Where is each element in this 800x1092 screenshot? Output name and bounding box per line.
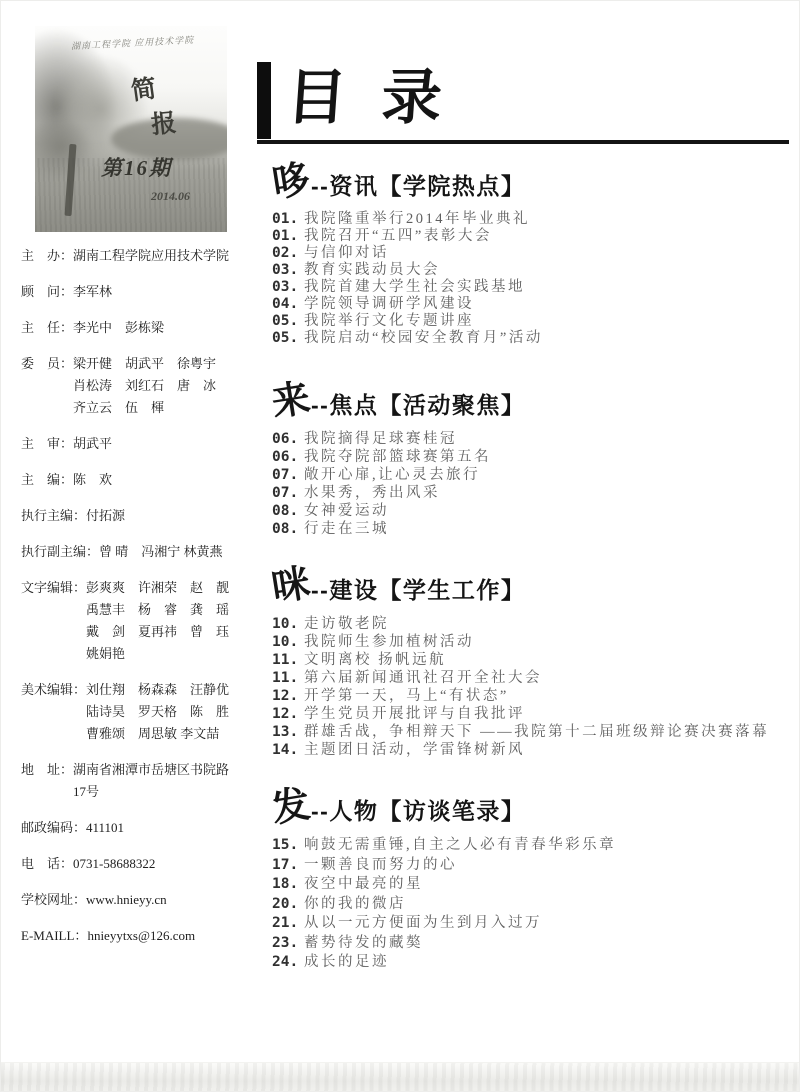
entry-page-number: 04. (272, 296, 304, 313)
page-title: 目 录 (284, 50, 455, 136)
toc-entry: 12.学生党员开展批评与自我批评 (272, 705, 789, 723)
toc-entry: 24.成长的足迹 (272, 953, 789, 973)
entry-title: 行走在三城 (304, 520, 789, 538)
entry-page-number: 03. (272, 279, 304, 296)
masthead-value: 梁开健 胡武平 徐粤宇 (73, 353, 259, 375)
masthead-entry-art-editors: 美术编辑： 刘仕翔 杨森森 汪静优 陆诗昊 罗天格 陈 胜 曹雅颂 周思敏 李文… (21, 679, 259, 745)
bulletin-toc-page: 湖南工程学院 应用技术学院 简 报 第16期 2014.06 主 办： 湖南工程… (0, 0, 800, 1092)
masthead-value: 肖松涛 刘红石 唐 冰 (73, 375, 259, 397)
entry-page-number: 05. (272, 330, 304, 347)
entry-page-number: 01. (272, 211, 304, 228)
masthead-label: 委 员： (21, 353, 73, 419)
section-note-char: 咪 (269, 565, 312, 607)
entry-title: 主题团日活动，学雷锋树新风 (304, 741, 789, 759)
toc-entry: 03.教育实践动员大会 (272, 262, 789, 279)
entry-title: 敞开心扉,让心灵去旅行 (304, 466, 789, 484)
toc-entry: 12.开学第一天，马上“有状态” (272, 687, 789, 705)
entry-title: 群雄舌战，争相辩天下 ——我院第十二届班级辩论赛决赛落幕 (304, 723, 789, 741)
entry-page-number: 12. (272, 705, 304, 723)
section-heading: --人物【访谈笔录】 (311, 799, 525, 825)
entry-title: 学生党员开展批评与自我批评 (304, 705, 789, 723)
masthead-entry-email: E-MAILL： hnieyytxs@126.com (21, 925, 259, 947)
masthead-value: 刘仕翔 杨森森 汪静优 (86, 679, 259, 701)
section-note-char: 发 (269, 787, 312, 829)
title-rule (257, 140, 789, 144)
entry-page-number: 15. (272, 836, 304, 856)
masthead-entry-director: 主 任： 李光中 彭栋梁 (21, 317, 259, 339)
toc-column: 目 录 哆 --资讯【学院热点】 01.我院隆重举行2014年毕业典礼 01.我… (257, 56, 789, 973)
entry-title: 走访敬老院 (304, 615, 789, 633)
section-header: 来 --焦点【活动聚焦】 (272, 383, 789, 419)
entry-page-number: 23. (272, 934, 304, 954)
toc-entry: 17.一颗善良而努力的心 (272, 856, 789, 876)
toc-entry: 07.水果秀，秀出风采 (272, 484, 789, 502)
toc-entry: 21.从以一元方便面为生到月入过万 (272, 914, 789, 934)
masthead-entry-text-editors: 文字编辑： 彭爽爽 许湘荣 赵 靓 禹慧丰 杨 睿 龚 瑶 戴 剑 夏再祎 曾 … (21, 577, 259, 665)
entry-title: 学院领导调研学风建设 (304, 296, 789, 313)
masthead-value: 0731-58688322 (73, 853, 259, 875)
entry-title: 与信仰对话 (304, 245, 789, 262)
masthead-value: 陆诗昊 罗天格 陈 胜 (86, 701, 259, 723)
masthead-value: 李军林 (73, 281, 259, 303)
masthead-value: 李光中 彭栋梁 (73, 317, 259, 339)
section-header: 哆 --资讯【学院热点】 (272, 164, 789, 200)
section-header: 咪 --建设【学生工作】 (272, 568, 789, 604)
left-column: 湖南工程学院 应用技术学院 简 报 第16期 2014.06 主 办： 湖南工程… (21, 1, 259, 961)
masthead-entry-phone: 电 话： 0731-58688322 (21, 853, 259, 875)
entry-title: 成长的足迹 (304, 953, 789, 973)
masthead-value: 411101 (86, 817, 259, 839)
toc-entry: 01.我院召开“五四”表彰大会 (272, 228, 789, 245)
entry-page-number: 14. (272, 741, 304, 759)
masthead-label: 主 办： (21, 245, 73, 267)
entry-title: 响鼓无需重锤,自主之人必有青春华彩乐章 (304, 836, 789, 856)
masthead-label: 邮政编码： (21, 817, 86, 839)
entry-page-number: 17. (272, 856, 304, 876)
masthead-label: E-MAILL： (21, 925, 87, 947)
entry-page-number: 06. (272, 448, 304, 466)
entry-title: 我院启动“校园安全教育月”活动 (304, 330, 789, 347)
toc-entry: 11.文明离校 扬帆远航 (272, 651, 789, 669)
masthead-value: 胡武平 (73, 433, 259, 455)
masthead-label: 执行主编： (21, 505, 86, 527)
section-header: 发 --人物【访谈笔录】 (272, 789, 789, 825)
masthead-entry-executive-editor: 执行主编： 付拓源 (21, 505, 259, 527)
toc-entry: 15.响鼓无需重锤,自主之人必有青春华彩乐章 (272, 836, 789, 856)
masthead-label: 主 任： (21, 317, 73, 339)
toc-entry: 04.学院领导调研学风建设 (272, 296, 789, 313)
entry-page-number: 08. (272, 502, 304, 520)
toc-entry: 03.我院首建大学生社会实践基地 (272, 279, 789, 296)
toc-entry: 06.我院夺院部篮球赛第五名 (272, 448, 789, 466)
masthead-value: 湖南工程学院应用技术学院 (73, 245, 259, 267)
masthead-value: 17号 (73, 781, 259, 803)
entry-title: 我院夺院部篮球赛第五名 (304, 448, 789, 466)
masthead-entry-deputy-editor: 执行副主编： 曾 晴 冯湘宁 林黄燕 (21, 541, 259, 563)
masthead-value: 戴 剑 夏再祎 曾 珏 (86, 621, 259, 643)
entry-title: 一颗善良而努力的心 (304, 856, 789, 876)
section-heading: --资讯【学院热点】 (311, 174, 525, 200)
toc-entry: 11.第六届新闻通讯社召开全社大会 (272, 669, 789, 687)
entry-title: 教育实践动员大会 (304, 262, 789, 279)
title-black-bar (257, 62, 271, 139)
toc-section-people: 发 --人物【访谈笔录】 15.响鼓无需重锤,自主之人必有青春华彩乐章 17.一… (272, 789, 789, 973)
masthead-value: 彭爽爽 许湘荣 赵 靓 (86, 577, 259, 599)
entry-page-number: 21. (272, 914, 304, 934)
masthead-label: 地 址： (21, 759, 73, 803)
bottom-strip-texture (1, 1063, 799, 1091)
section-note-char: 来 (269, 380, 312, 422)
entry-page-number: 11. (272, 651, 304, 669)
toc-entry: 07.敞开心扉,让心灵去旅行 (272, 466, 789, 484)
entry-title: 女神爱运动 (304, 502, 789, 520)
cover-issue-number: 第16期 (101, 152, 172, 182)
section-heading: --焦点【活动聚焦】 (311, 393, 525, 419)
masthead-entry-committee: 委 员： 梁开健 胡武平 徐粤宇 肖松涛 刘红石 唐 冰 齐立云 伍 楎 (21, 353, 259, 419)
entry-title: 我院首建大学生社会实践基地 (304, 279, 789, 296)
toc-entry: 23.蓄势待发的藏獒 (272, 934, 789, 954)
cover-title-char: 简 (129, 68, 159, 107)
section-items: 10.走访敬老院 10.我院师生参加植树活动 11.文明离校 扬帆远航 11.第… (272, 615, 789, 759)
bottom-photo-strip (1, 1062, 799, 1091)
entry-page-number: 10. (272, 615, 304, 633)
masthead: 主 办： 湖南工程学院应用技术学院 顾 问： 李军林 主 任： 李光中 彭栋梁 … (21, 245, 259, 947)
toc-entry: 18.夜空中最亮的星 (272, 875, 789, 895)
entry-page-number: 13. (272, 723, 304, 741)
masthead-label: 美术编辑： (21, 679, 86, 745)
toc-entry: 08.行走在三城 (272, 520, 789, 538)
masthead-value: 姚娟艳 (86, 643, 259, 665)
entry-page-number: 06. (272, 430, 304, 448)
masthead-entry-sponsor: 主 办： 湖南工程学院应用技术学院 (21, 245, 259, 267)
toc-section-news: 哆 --资讯【学院热点】 01.我院隆重举行2014年毕业典礼 01.我院召开“… (272, 164, 789, 347)
toc-entry: 13.群雄舌战，争相辩天下 ——我院第十二届班级辩论赛决赛落幕 (272, 723, 789, 741)
cover-school-name: 湖南工程学院 应用技术学院 (71, 33, 195, 52)
entry-page-number: 07. (272, 484, 304, 502)
entry-title: 蓄势待发的藏獒 (304, 934, 789, 954)
masthead-label: 文字编辑： (21, 577, 86, 665)
toc-entry: 05.我院举行文化专题讲座 (272, 313, 789, 330)
cover-photo: 湖南工程学院 应用技术学院 简 报 第16期 2014.06 (35, 26, 227, 232)
masthead-label: 主 编： (21, 469, 73, 491)
entry-page-number: 08. (272, 520, 304, 538)
entry-page-number: 11. (272, 669, 304, 687)
toc-entry: 06.我院摘得足球赛桂冠 (272, 430, 789, 448)
toc-entry: 20.你的我的微店 (272, 895, 789, 915)
toc-entry: 14.主题团日活动，学雷锋树新风 (272, 741, 789, 759)
entry-page-number: 05. (272, 313, 304, 330)
entry-page-number: 20. (272, 895, 304, 915)
entry-title: 我院隆重举行2014年毕业典礼 (304, 211, 789, 228)
toc-entry: 01.我院隆重举行2014年毕业典礼 (272, 211, 789, 228)
entry-title: 水果秀，秀出风采 (304, 484, 789, 502)
masthead-entry-chief-editor: 主 编： 陈 欢 (21, 469, 259, 491)
masthead-label: 执行副主编： (21, 541, 99, 563)
entry-page-number: 03. (272, 262, 304, 279)
masthead-label: 主 审： (21, 433, 73, 455)
toc-entry: 02.与信仰对话 (272, 245, 789, 262)
entry-title: 我院举行文化专题讲座 (304, 313, 789, 330)
toc-entry: 08.女神爱运动 (272, 502, 789, 520)
toc-entry: 10.走访敬老院 (272, 615, 789, 633)
masthead-entry-website: 学校网址： www.hnieyy.cn (21, 889, 259, 911)
entry-title: 开学第一天，马上“有状态” (304, 687, 789, 705)
entry-page-number: 02. (272, 245, 304, 262)
entry-page-number: 10. (272, 633, 304, 651)
toc-section-focus: 来 --焦点【活动聚焦】 06.我院摘得足球赛桂冠 06.我院夺院部篮球赛第五名… (272, 383, 789, 538)
entry-title: 我院召开“五四”表彰大会 (304, 228, 789, 245)
masthead-entry-postcode: 邮政编码： 411101 (21, 817, 259, 839)
masthead-value: hnieyytxs@126.com (87, 925, 259, 947)
masthead-value: 禹慧丰 杨 睿 龚 瑶 (86, 599, 259, 621)
entry-page-number: 01. (272, 228, 304, 245)
entry-page-number: 07. (272, 466, 304, 484)
entry-title: 第六届新闻通讯社召开全社大会 (304, 669, 789, 687)
entry-title: 从以一元方便面为生到月入过万 (304, 914, 789, 934)
entry-page-number: 24. (272, 953, 304, 973)
cover-date: 2014.06 (151, 189, 190, 204)
section-heading: --建设【学生工作】 (311, 578, 525, 604)
entry-title: 你的我的微店 (304, 895, 789, 915)
masthead-value: 齐立云 伍 楎 (73, 397, 259, 419)
entry-page-number: 12. (272, 687, 304, 705)
masthead-entry-advisor: 顾 问： 李军林 (21, 281, 259, 303)
section-items: 01.我院隆重举行2014年毕业典礼 01.我院召开“五四”表彰大会 02.与信… (272, 211, 789, 347)
section-note-char: 哆 (269, 161, 312, 203)
toc-section-construction: 咪 --建设【学生工作】 10.走访敬老院 10.我院师生参加植树活动 11.文… (272, 568, 789, 759)
masthead-entry-address: 地 址： 湖南省湘潭市岳塘区书院路 17号 (21, 759, 259, 803)
toc-entry: 10.我院师生参加植树活动 (272, 633, 789, 651)
masthead-value: www.hnieyy.cn (86, 889, 259, 911)
entry-page-number: 18. (272, 875, 304, 895)
masthead-entry-chief-reviewer: 主 审： 胡武平 (21, 433, 259, 455)
masthead-value: 陈 欢 (73, 469, 259, 491)
masthead-label: 电 话： (21, 853, 73, 875)
masthead-value: 曾 晴 冯湘宁 林黄燕 (99, 541, 259, 563)
entry-title: 文明离校 扬帆远航 (304, 651, 789, 669)
masthead-value: 付拓源 (86, 505, 259, 527)
entry-title: 我院师生参加植树活动 (304, 633, 789, 651)
section-items: 15.响鼓无需重锤,自主之人必有青春华彩乐章 17.一颗善良而努力的心 18.夜… (272, 836, 789, 973)
masthead-label: 顾 问： (21, 281, 73, 303)
entry-title: 我院摘得足球赛桂冠 (304, 430, 789, 448)
entry-title: 夜空中最亮的星 (304, 875, 789, 895)
masthead-label: 学校网址： (21, 889, 86, 911)
masthead-value: 曹雅颂 周思敏 李文喆 (86, 723, 259, 745)
section-items: 06.我院摘得足球赛桂冠 06.我院夺院部篮球赛第五名 07.敞开心扉,让心灵去… (272, 430, 789, 538)
cover-title-char: 报 (149, 103, 178, 141)
toc-title-row: 目 录 (257, 56, 789, 140)
toc-entry: 05.我院启动“校园安全教育月”活动 (272, 330, 789, 347)
masthead-value: 湖南省湘潭市岳塘区书院路 (73, 759, 259, 781)
